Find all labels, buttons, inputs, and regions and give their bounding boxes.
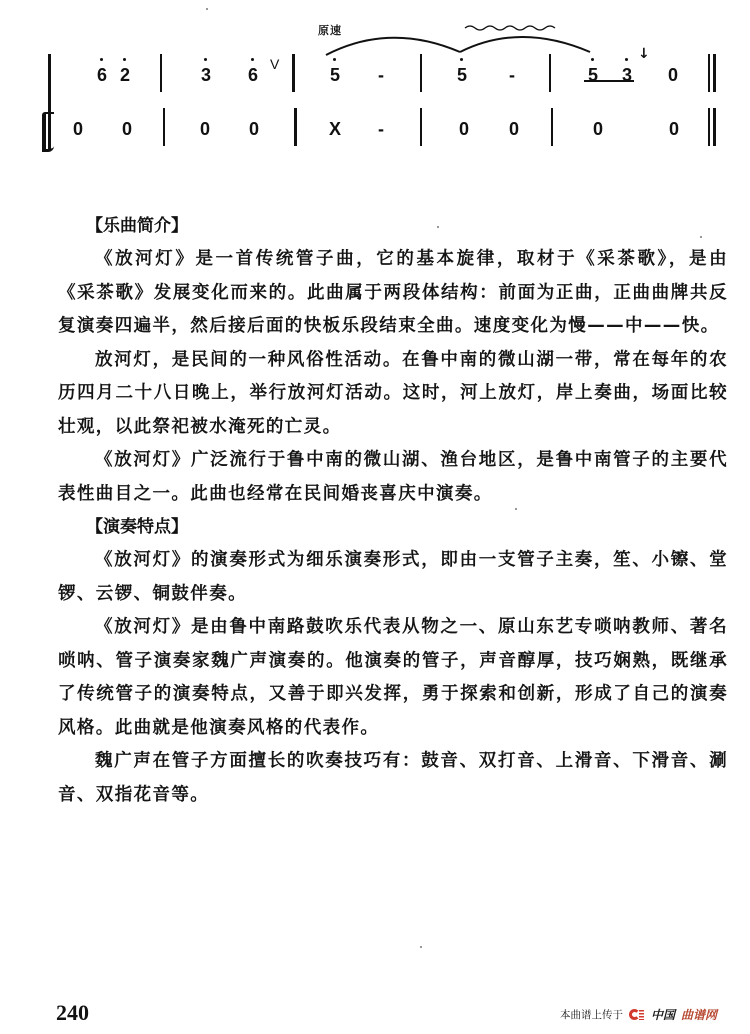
sustain-dash: - [501,64,523,86]
octave-dot-icon [123,58,126,61]
barline [163,108,165,146]
note-label: - [378,119,384,139]
note-label: 0 [668,65,678,85]
note: 0 [663,118,685,140]
sustain-dash: - [370,64,392,86]
section-heading: 【乐曲简介】 [58,210,728,243]
note-label: 0 [73,119,83,139]
note-label: 0 [122,119,132,139]
note-label: 3 [622,65,632,85]
page-number: 240 [56,1000,89,1026]
section-heading: 【演奏特点】 [58,511,728,544]
note-label: X [329,119,341,139]
note-label: 0 [249,119,259,139]
barline [549,54,551,92]
turn-arrow-icon: ↓ [638,46,650,62]
note-label: 0 [200,119,210,139]
source-watermark: 本曲谱上传于 中国曲谱网 [560,1006,717,1023]
note: 0 [194,118,216,140]
octave-dot-icon [333,58,336,61]
octave-dot-icon [460,58,463,61]
note: 0 [503,118,525,140]
note-label: 0 [459,119,469,139]
note-label: 5 [588,65,598,85]
jianpu-score: 原速 62365-5-530 0000X-0000 V ↓ [0,0,750,170]
scan-speck [437,226,439,228]
paragraph: 《放河灯》是由鲁中南路鼓吹乐代表从物之一、原山东艺专唢呐教师、著名唢呐、管子演奏… [58,611,728,745]
barline [420,54,422,92]
paragraph: 《放河灯》的演奏形式为细乐演奏形式，即由一支管子主奏，笙、小镲、堂锣、云锣、铜鼓… [58,544,728,611]
note: 6 [242,64,264,86]
note-label: 6 [248,65,258,85]
note: 0 [243,118,265,140]
breath-mark: V [270,56,279,72]
note: 5 [451,64,473,86]
note-label: - [509,65,515,85]
scan-speck [206,8,208,10]
paragraph: 魏广声在管子方面擅长的吹奏技巧有：鼓音、双打音、上滑音、下滑音、涮音、双指花音等… [58,745,728,812]
eighth-beam [584,80,634,82]
note-label: 3 [201,65,211,85]
barline [160,54,162,92]
note-label: 0 [593,119,603,139]
octave-dot-icon [204,58,207,61]
scan-speck [515,508,517,510]
note-label: - [378,65,384,85]
barline [420,108,422,146]
note: 0 [116,118,138,140]
barline [292,54,295,92]
octave-dot-icon [591,58,594,61]
note: 0 [453,118,475,140]
note: 3 [616,64,638,86]
note: 0 [662,64,684,86]
paragraph: 放河灯，是民间的一种风俗性活动。在鲁中南的微山湖一带，常在每年的农历四月二十八日… [58,344,728,445]
note-label: 5 [457,65,467,85]
upload-note: 本曲谱上传于 [560,1007,623,1022]
note: X [324,118,346,140]
octave-dot-icon [625,58,628,61]
octave-dot-icon [251,58,254,61]
brand-name-part2: 曲谱网 [681,1006,717,1023]
final-barline [708,54,710,92]
brand-name-part1: 中国 [651,1006,675,1023]
percussion-row: 0000X-0000 [0,106,750,152]
note-label: 0 [509,119,519,139]
barline [294,108,297,146]
note: 5 [324,64,346,86]
note-label: 0 [669,119,679,139]
tempo-marking: 原速 [318,22,342,38]
note: 3 [195,64,217,86]
article-body: 【乐曲简介】《放河灯》是一首传统管子曲，它的基本旋律，取材于《采茶歌》，是由《采… [58,210,728,812]
note: 2 [114,64,136,86]
scan-speck [420,946,422,948]
final-barline [708,108,710,146]
octave-dot-icon [100,58,103,61]
paragraph: 《放河灯》广泛流行于鲁中南的微山湖、渔台地区，是鲁中南管子的主要代表性曲目之一。… [58,444,728,511]
note: 0 [587,118,609,140]
paragraph: 《放河灯》是一首传统管子曲，它的基本旋律，取材于《采茶歌》，是由《采茶歌》发展变… [58,243,728,344]
note: 5 [582,64,604,86]
note-label: 5 [330,65,340,85]
site-logo-icon [629,1008,645,1022]
scan-speck [700,236,702,238]
barline [551,108,553,146]
note: 0 [67,118,89,140]
note: 6 [91,64,113,86]
note-label: 2 [120,65,130,85]
sustain-dash: - [370,118,392,140]
note-label: 6 [97,65,107,85]
